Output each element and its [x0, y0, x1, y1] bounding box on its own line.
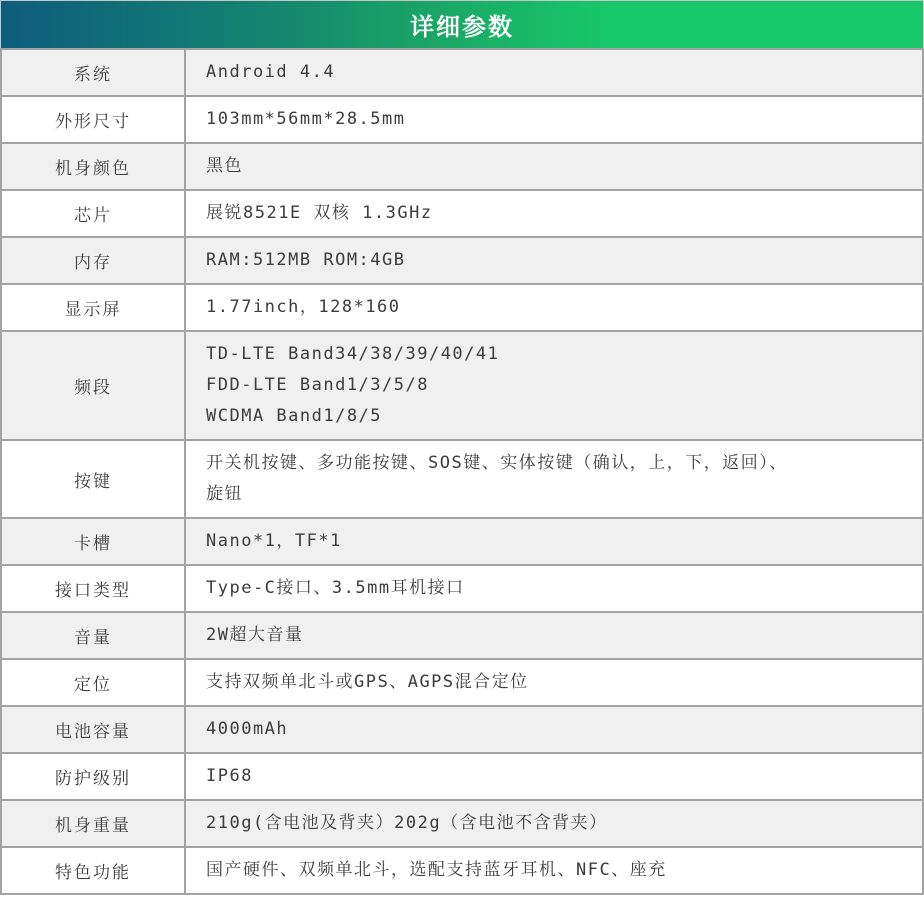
spec-value: Android 4.4	[185, 49, 923, 96]
spec-value: IP68	[185, 753, 923, 800]
spec-label: 内存	[1, 237, 185, 284]
table-row: 按键开关机按键、多功能按键、SOS键、实体按键（确认，上，下，返回）、旋钮	[1, 440, 923, 518]
spec-label: 按键	[1, 440, 185, 518]
spec-label: 定位	[1, 659, 185, 706]
spec-value-line: 103mm*56mm*28.5mm	[206, 104, 862, 135]
table-row: 特色功能国产硬件、双频单北斗，选配支持蓝牙耳机、NFC、座充	[1, 847, 923, 894]
spec-value-line: FDD-LTE Band1/3/5/8	[206, 370, 862, 401]
table-row: 外形尺寸103mm*56mm*28.5mm	[1, 96, 923, 143]
spec-value-line: Type-C接口、3.5mm耳机接口	[206, 573, 862, 604]
table-row: 系统Android 4.4	[1, 49, 923, 96]
spec-value-line: Android 4.4	[206, 57, 862, 88]
table-row: 防护级别IP68	[1, 753, 923, 800]
spec-value: 103mm*56mm*28.5mm	[185, 96, 923, 143]
spec-label: 外形尺寸	[1, 96, 185, 143]
spec-label: 机身重量	[1, 800, 185, 847]
spec-value: RAM:512MB ROM:4GB	[185, 237, 923, 284]
table-row: 定位支持双频单北斗或GPS、AGPS混合定位	[1, 659, 923, 706]
spec-label: 机身颜色	[1, 143, 185, 190]
spec-value: 支持双频单北斗或GPS、AGPS混合定位	[185, 659, 923, 706]
spec-value: TD-LTE Band34/38/39/40/41FDD-LTE Band1/3…	[185, 331, 923, 440]
table-row: 频段TD-LTE Band34/38/39/40/41FDD-LTE Band1…	[1, 331, 923, 440]
spec-value: 国产硬件、双频单北斗，选配支持蓝牙耳机、NFC、座充	[185, 847, 923, 894]
spec-value-line: 2W超大音量	[206, 620, 862, 651]
spec-value-line: 展锐8521E 双核 1.3GHz	[206, 198, 862, 229]
spec-value: 2W超大音量	[185, 612, 923, 659]
spec-label: 频段	[1, 331, 185, 440]
table-row: 电池容量4000mAh	[1, 706, 923, 753]
spec-value: 4000mAh	[185, 706, 923, 753]
spec-label: 系统	[1, 49, 185, 96]
spec-value-line: IP68	[206, 761, 862, 792]
spec-value-line: TD-LTE Band34/38/39/40/41	[206, 339, 862, 370]
spec-value-line: WCDMA Band1/8/5	[206, 401, 862, 432]
header-bar: 详细参数	[0, 0, 924, 48]
spec-value: 1.77inch，128*160	[185, 284, 923, 331]
spec-value-line: 国产硬件、双频单北斗，选配支持蓝牙耳机、NFC、座充	[206, 855, 862, 886]
spec-value-line: Nano*1，TF*1	[206, 526, 862, 557]
table-row: 机身颜色黑色	[1, 143, 923, 190]
table-row: 机身重量210g(含电池及背夹）202g（含电池不含背夹）	[1, 800, 923, 847]
spec-label: 音量	[1, 612, 185, 659]
spec-table-body: 系统Android 4.4外形尺寸103mm*56mm*28.5mm机身颜色黑色…	[1, 49, 923, 894]
spec-value: Nano*1，TF*1	[185, 518, 923, 565]
spec-value: 开关机按键、多功能按键、SOS键、实体按键（确认，上，下，返回）、旋钮	[185, 440, 923, 518]
spec-sheet: 详细参数 系统Android 4.4外形尺寸103mm*56mm*28.5mm机…	[0, 0, 924, 895]
spec-value-line: 开关机按键、多功能按键、SOS键、实体按键（确认，上，下，返回）、	[206, 448, 862, 479]
table-row: 芯片展锐8521E 双核 1.3GHz	[1, 190, 923, 237]
spec-value-line: 4000mAh	[206, 714, 862, 745]
spec-label: 显示屏	[1, 284, 185, 331]
spec-label: 特色功能	[1, 847, 185, 894]
spec-value-line: 210g(含电池及背夹）202g（含电池不含背夹）	[206, 808, 862, 839]
table-row: 显示屏1.77inch，128*160	[1, 284, 923, 331]
spec-value: Type-C接口、3.5mm耳机接口	[185, 565, 923, 612]
spec-value-line: 旋钮	[206, 479, 862, 510]
spec-value: 展锐8521E 双核 1.3GHz	[185, 190, 923, 237]
spec-value-line: 1.77inch，128*160	[206, 292, 862, 323]
spec-value-line: 支持双频单北斗或GPS、AGPS混合定位	[206, 667, 862, 698]
spec-value-line: RAM:512MB ROM:4GB	[206, 245, 862, 276]
table-row: 接口类型Type-C接口、3.5mm耳机接口	[1, 565, 923, 612]
table-row: 音量2W超大音量	[1, 612, 923, 659]
spec-value: 210g(含电池及背夹）202g（含电池不含背夹）	[185, 800, 923, 847]
spec-label: 接口类型	[1, 565, 185, 612]
spec-table: 系统Android 4.4外形尺寸103mm*56mm*28.5mm机身颜色黑色…	[0, 48, 924, 895]
spec-value-line: 黑色	[206, 151, 862, 182]
page-title: 详细参数	[410, 7, 514, 42]
spec-label: 防护级别	[1, 753, 185, 800]
table-row: 卡槽Nano*1，TF*1	[1, 518, 923, 565]
table-row: 内存RAM:512MB ROM:4GB	[1, 237, 923, 284]
spec-label: 电池容量	[1, 706, 185, 753]
spec-value: 黑色	[185, 143, 923, 190]
spec-label: 芯片	[1, 190, 185, 237]
spec-label: 卡槽	[1, 518, 185, 565]
